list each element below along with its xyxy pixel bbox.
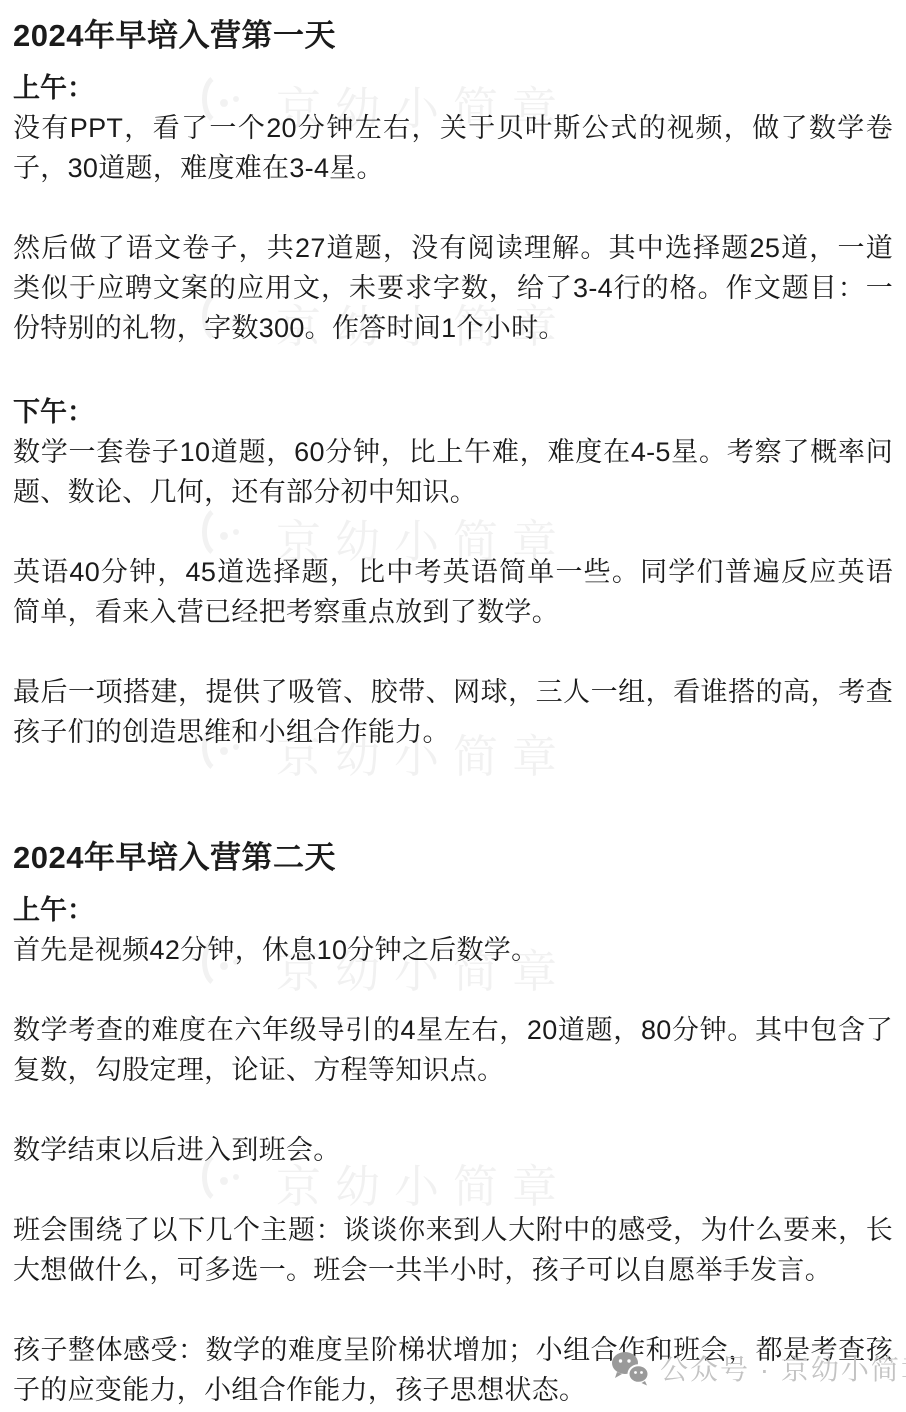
day1-heading: 2024年早培入营第一天 (13, 14, 893, 58)
day1-afternoon-label: 下午： (13, 392, 893, 432)
day2-heading: 2024年早培入营第二天 (13, 836, 893, 880)
day2-morning-label: 上午： (13, 890, 893, 930)
account-credit: 公众号 · 京幼小简章 (610, 1348, 906, 1388)
day2-video-paragraph: 首先是视频42分钟，休息10分钟之后数学。 (13, 930, 893, 970)
wechat-icon (610, 1350, 650, 1386)
day1-chinese-test-paragraph: 然后做了语文卷子，共27道题，没有阅读理解。其中选择题25道，一道类似于应聘文案… (13, 228, 893, 348)
account-credit-text: 公众号 · 京幼小简章 (660, 1348, 906, 1388)
day2-math-paragraph: 数学考查的难度在六年级导引的4星左右，20道题，80分钟。其中包含了复数，勾股定… (13, 1010, 893, 1090)
day1-morning-label: 上午： (13, 68, 893, 108)
article-body: 2024年早培入营第一天 上午： 没有PPT，看了一个20分钟左右，关于贝叶斯公… (0, 0, 906, 1410)
day1-english-test-paragraph: 英语40分钟，45道选择题，比中考英语简单一些。同学们普遍反应英语简单，看来入营… (13, 552, 893, 632)
day2-class-meeting-topics-paragraph: 班会围绕了以下几个主题：谈谈你来到人大附中的感受，为什么要来，长大想做什么，可多… (13, 1210, 893, 1290)
day1-math-test-paragraph: 数学一套卷子10道题，60分钟，比上午难，难度在4-5星。考察了概率问题、数论、… (13, 432, 893, 512)
day1-morning-video-paragraph: 没有PPT，看了一个20分钟左右，关于贝叶斯公式的视频，做了数学卷子，30道题，… (13, 108, 893, 188)
day1-building-task-paragraph: 最后一项搭建，提供了吸管、胶带、网球，三人一组，看谁搭的高，考查孩子们的创造思维… (13, 672, 893, 752)
day2-class-meeting-intro-paragraph: 数学结束以后进入到班会。 (13, 1130, 893, 1170)
